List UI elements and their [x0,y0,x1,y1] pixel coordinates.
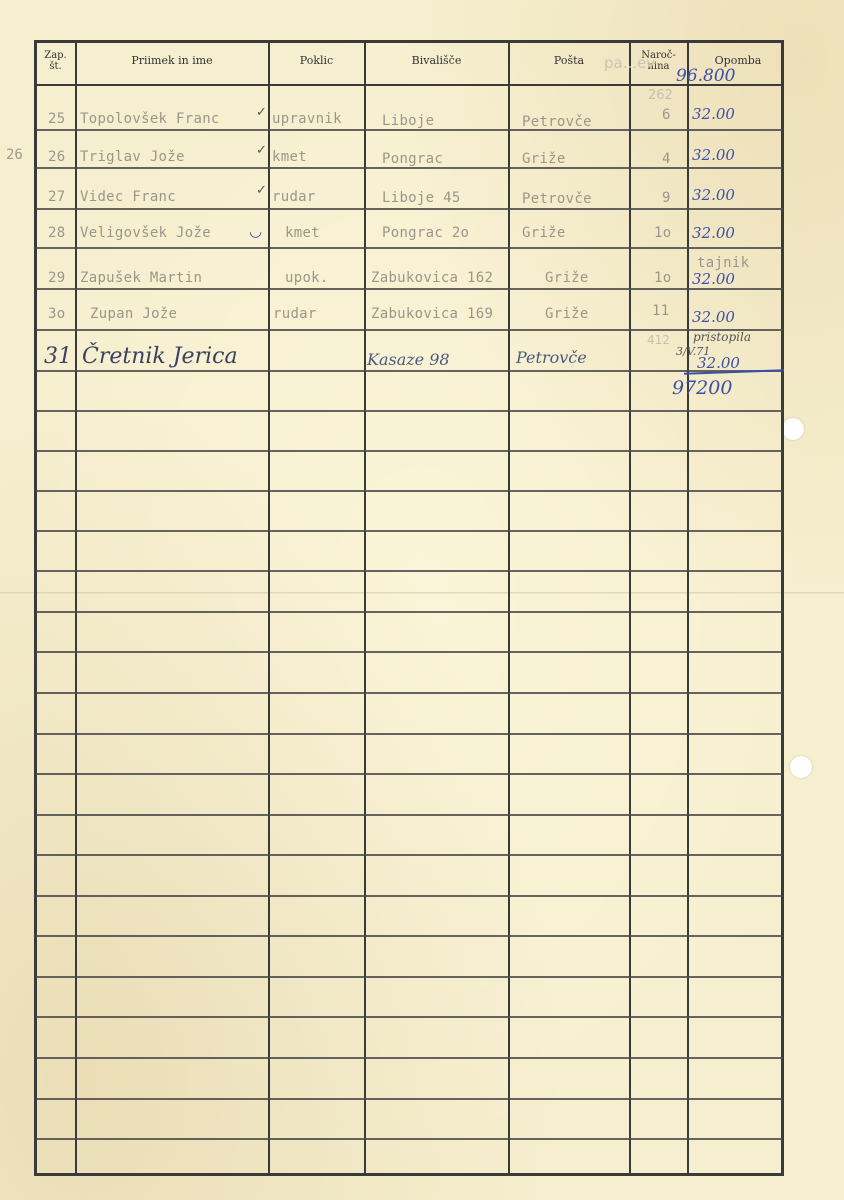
row-divider [36,1016,783,1018]
header-zap-st: Zap. št. [36,50,75,72]
row-30-bivalisce: Zabukovica 169 [371,306,493,322]
row-divider [36,773,783,775]
row-27-name: Videc Franc [80,189,176,205]
row-divider [36,247,783,249]
row-25-opomba: 32.00 [692,105,735,123]
row-30-name: Zupan Jože [90,306,177,322]
row-27-zap: 27 [48,189,65,205]
row-29-narocnina: 1o [654,270,671,286]
row-27-narocnina: 9 [662,190,671,206]
row-divider [36,1057,783,1059]
check-mark-icon: ✓ [256,143,267,158]
check-mark-icon: ◡ [249,222,262,240]
row-27-opomba: 32.00 [692,186,735,204]
row-29-posta: Griže [545,270,589,286]
row-26-zap: 26 [48,149,65,165]
row-29-bivalisce: Zabukovica 162 [371,270,493,286]
check-mark-icon: ✓ [256,183,267,198]
row-25-name: Topolovšek Franc [80,111,220,127]
row-divider [36,935,783,937]
row-26-posta: Griže [522,151,566,167]
row-divider [36,733,783,735]
row-28-posta: Griže [522,225,566,241]
punch-hole-bottom [790,756,812,778]
row-30-opomba: 32.00 [692,308,735,326]
col-divider [75,40,77,1176]
row-31-opomba: 32.00 [697,354,740,372]
row-29-opomba: 32.00 [692,270,735,288]
row-25-narocnina: 6 [662,107,671,123]
row-28-name: Veligovšek Jože [80,225,211,241]
row-28-opomba: 32.00 [692,224,735,242]
row-25-poklic: upravnik [272,111,342,127]
row-30-narocnina: 11 [652,303,669,319]
row-29-zap: 29 [48,270,65,286]
col-divider [508,40,510,1176]
row-29-opomba-typed: tajnik [697,255,749,271]
row-divider [36,288,783,290]
row-31-posta: Petrovče [516,348,587,367]
col-divider [268,40,270,1176]
row-divider [36,895,783,897]
row-26-narocnina: 4 [662,151,671,167]
col-divider [629,40,631,1176]
row-29-name: Zapušek Martin [80,270,202,286]
row-26-bivalisce: Pongrac [382,151,443,167]
row-31-zap: 31 [44,344,72,369]
row-divider [36,651,783,653]
col-divider [364,40,366,1176]
row-25-zap: 25 [48,111,65,127]
margin-note: 26 [6,147,23,163]
row-28-poklic: kmet [285,225,320,241]
row-29-poklic: upok. [285,270,329,286]
header-handwritten-total: 96.800 [676,66,735,86]
row-31-bivalisce: Kasaze 98 [367,350,450,369]
row-26-name: Triglav Jože [80,149,185,165]
total-opomba: 97200 [672,377,732,399]
punch-hole-top [782,418,804,440]
header-bivalisce: Bivališče [365,55,508,66]
header-poklic: Poklic [269,55,364,66]
check-mark-icon: ✓ [256,105,267,120]
table-frame [34,40,784,1176]
row-25-bivalisce: Liboje [382,113,434,129]
header-name: Priimek in ime [76,55,268,66]
row-31-name: Čretnik Jerica [82,344,238,369]
row-divider [36,570,783,572]
row-divider [36,530,783,532]
row-divider [36,814,783,816]
col-divider [687,40,689,1176]
row-31-opomba-note: pristopila [693,330,751,344]
row-28-bivalisce: Pongrac 2o [382,225,469,241]
header-zap-label: Zap. [36,50,75,61]
row-30-posta: Griže [545,306,589,322]
header-opomba: Opomba [700,55,776,66]
row-divider [36,611,783,613]
row-divider [36,167,783,169]
row-divider [36,450,783,452]
row-28-zap: 28 [48,225,65,241]
header-st-label: št. [36,61,75,72]
row-divider [36,490,783,492]
row-25-posta: Petrovče [522,114,592,130]
row-31-faint-number: 412 [647,333,670,347]
row-26-opomba: 32.00 [692,146,735,164]
row-divider [36,976,783,978]
row-divider [36,1138,783,1140]
row-divider [36,208,783,210]
row-divider [36,370,783,372]
row-divider [36,692,783,694]
row-divider [36,1098,783,1100]
row-27-bivalisce: Liboje 45 [382,190,461,206]
row-divider [36,129,783,131]
row-26-poklic: kmet [272,149,307,165]
row-divider [36,329,783,331]
row-30-poklic: rudar [273,306,317,322]
row-28-narocnina: 1o [654,225,671,241]
row-25-faint-number: 262 [648,88,673,103]
row-divider [36,410,783,412]
row-27-posta: Petrovče [522,191,592,207]
row-divider [36,854,783,856]
row-30-zap: 3o [48,306,65,322]
header-divider [36,84,783,86]
header-faint-stamp: pa...ev [604,54,655,72]
row-27-poklic: rudar [272,189,316,205]
